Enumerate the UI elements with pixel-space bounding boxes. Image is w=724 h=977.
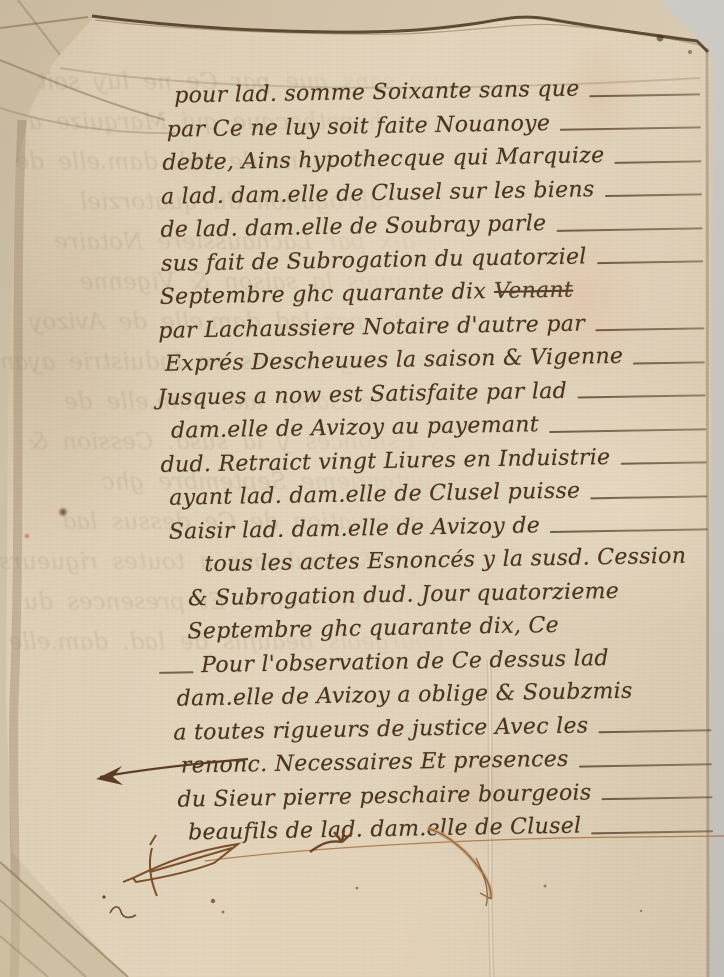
line-end-dash-stroke [560, 126, 701, 130]
line-end-dash-stroke [591, 830, 713, 834]
line-end-dash-stroke [633, 361, 705, 364]
manuscript-line-text: Septembre ghc quarante dix, Ce [187, 613, 559, 644]
struck-word: Venant [494, 278, 573, 304]
line-end-dash-stroke [615, 160, 702, 164]
line-end-dash-stroke [590, 495, 707, 499]
lead-dash-stroke [159, 671, 193, 674]
line-end-dash-stroke [577, 394, 705, 398]
manuscript-line-text: Septembre ghc quarante dix [160, 279, 487, 310]
line-end-dash-stroke [590, 93, 701, 97]
line-end-dash-stroke [549, 428, 706, 433]
line-end-dash-stroke [605, 193, 702, 197]
manuscript-line-text: dam.elle de Avizoy au payemant [171, 412, 539, 443]
line-end-dash-stroke [579, 763, 712, 767]
manuscript-line-text: par Ce ne luy soit faite Nouanoye [167, 110, 551, 142]
line-end-dash-stroke [602, 796, 713, 800]
manuscript-line-text: renonc. Necessaires Et presences [181, 747, 569, 779]
manuscript-text-block: pour lad. somme Soixante sans quepar Ce … [148, 74, 717, 854]
manuscript-line-text: de lad. dam.elle de Soubray parle [160, 211, 546, 243]
line-end-dash-stroke [595, 327, 704, 331]
line-end-dash-stroke [620, 461, 706, 465]
line-end-dash-stroke [556, 227, 702, 232]
line-end-dash-stroke [597, 260, 703, 264]
line-end-dash-stroke [598, 729, 711, 733]
manuscript-photo: pour lad. somme Soixante sans que par Ce… [0, 0, 724, 977]
manuscript-line-text: Saisir lad. dam.elle de Avizoy de [169, 513, 541, 544]
line-end-dash-stroke [550, 528, 708, 533]
